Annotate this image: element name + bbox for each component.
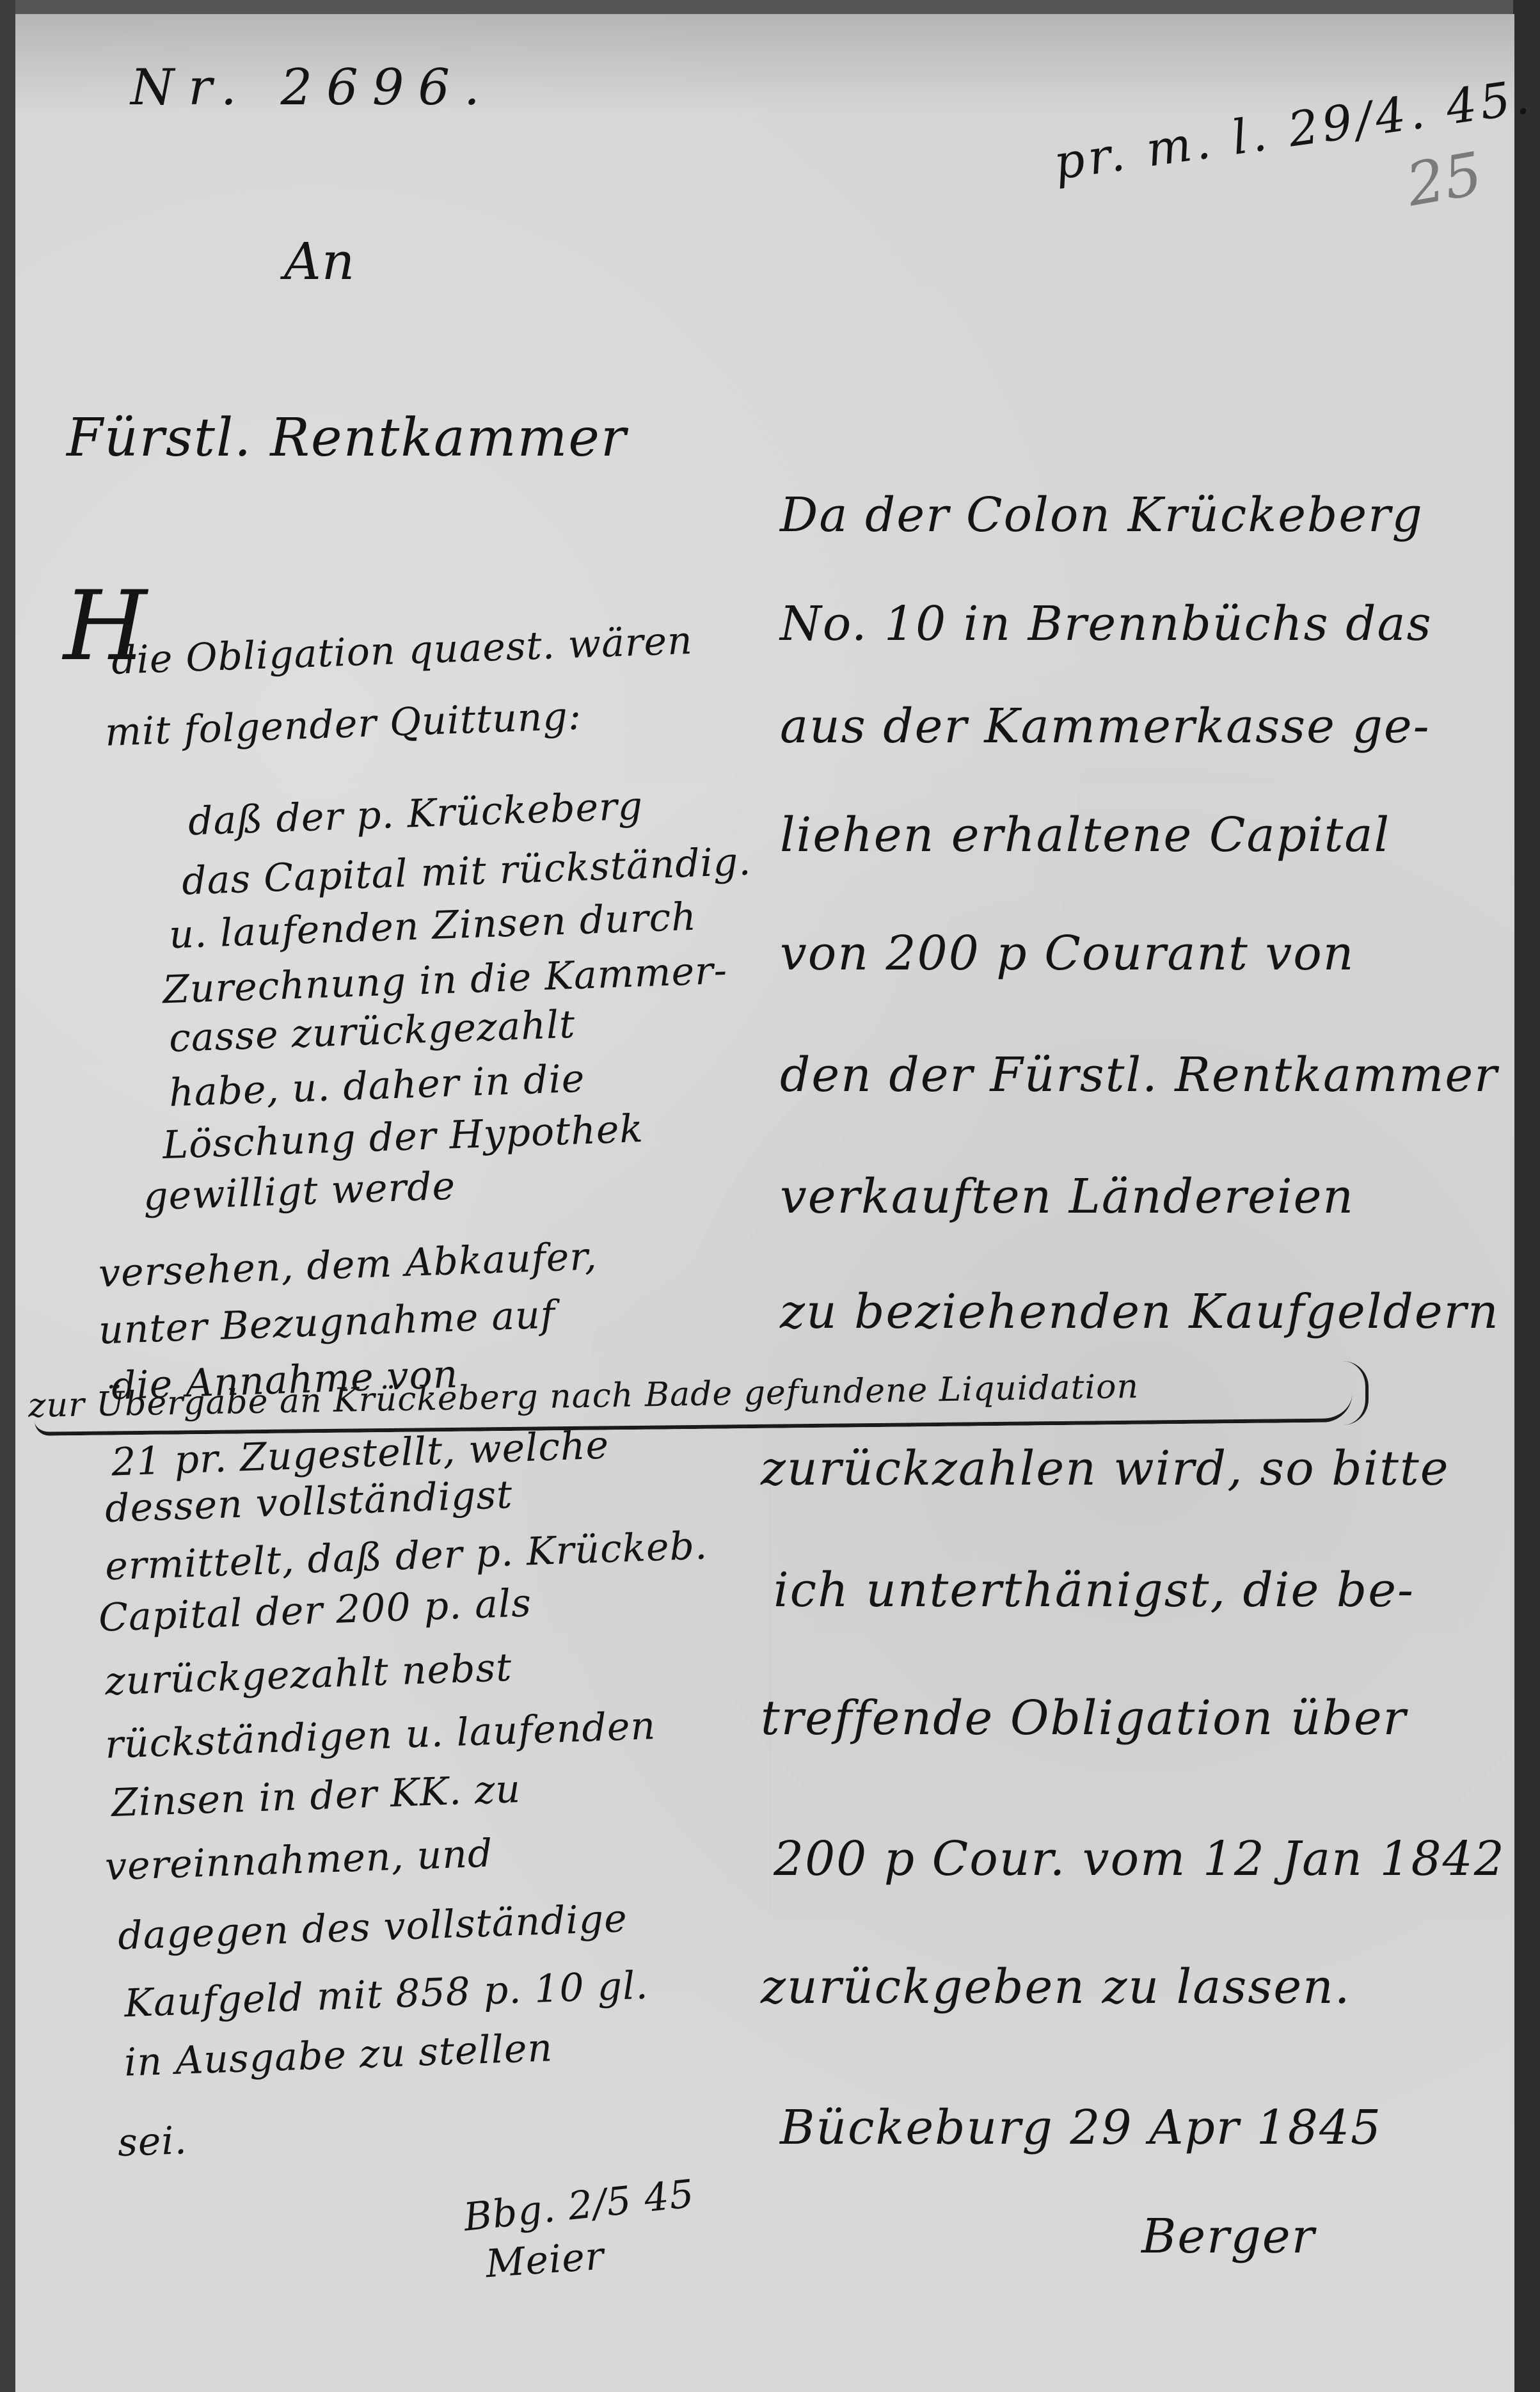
left-line: in Ausgabe zu stellen: [123, 2025, 553, 2085]
letter-line: No. 10 in Brennbüchs das: [780, 596, 1433, 651]
resolution-date-sign: Bbg. 2/5 45: [461, 2171, 696, 2240]
letter-line: Da der Colon Krückeberg: [780, 488, 1424, 543]
letter-line: treffende Obligation über: [761, 1691, 1407, 1746]
scan-frame-right: [1513, 0, 1540, 2392]
letter-line: den der Fürstl. Rentkammer: [780, 1048, 1498, 1103]
addressee-office: Fürstl. Rentkammer: [67, 408, 627, 468]
left-line: Zinsen in der KK. zu: [111, 1767, 521, 1826]
left-line: das Capital mit rückständig.: [181, 839, 752, 904]
letter-place-date: Bückeburg 29 Apr 1845: [780, 2100, 1382, 2155]
letter-line: liehen erhaltene Capital: [780, 808, 1390, 863]
left-line: vereinnahmen, und: [104, 1831, 493, 1889]
left-line: ermittelt, daß der p. Krückeb.: [104, 1524, 708, 1590]
resolution-paraph: Meier: [484, 2234, 606, 2287]
paper-fold-shadow: [770, 1460, 771, 1908]
letter-line: zu beziehenden Kaufgeldern: [780, 1284, 1500, 1339]
document-page: Nr. 2696. pr. m. l. 29/4. 45. 25 An Fürs…: [15, 14, 1514, 2392]
letter-line: aus der Kammerkasse ge-: [780, 699, 1431, 754]
letter-line: verkauften Ländereien: [780, 1169, 1354, 1224]
left-line: rückständigen u. laufenden: [104, 1703, 656, 1767]
left-line: Zurechnung in die Kammer-: [162, 948, 728, 1013]
scan-frame-top: [0, 0, 1540, 14]
document-number: Nr. 2696.: [131, 59, 494, 116]
letter-line: zurückzahlen wird, so bitte: [761, 1441, 1450, 1496]
left-line: dagegen des vollständige: [117, 1896, 628, 1959]
left-line: Capital der 200 p. als: [98, 1581, 532, 1641]
letter-signature: Berger: [1141, 2209, 1315, 2264]
left-line: mit folgender Quittung:: [104, 694, 582, 755]
letter-line: ich unterthänigst, die be-: [774, 1563, 1415, 1618]
letter-line: zurückgeben zu lassen.: [761, 1959, 1351, 2014]
left-line: zurückgezahlt nebst: [104, 1645, 512, 1704]
left-line: u. laufenden Zinsen durch: [168, 895, 697, 958]
left-line: gewilligt werde: [143, 1164, 456, 1220]
left-line: die Obligation quaest. wären: [111, 618, 694, 683]
folio-number-pencil: 25: [1402, 140, 1488, 220]
left-line: daß der p. Krückeberg: [187, 784, 644, 845]
left-line: casse zurückgezahlt: [168, 1002, 576, 1061]
left-line: Kaufgeld mit 858 p. 10 gl.: [123, 1963, 649, 2027]
letter-line: 200 p Cour. vom 12 Jan 1842: [774, 1831, 1505, 1886]
left-line: Löschung der Hypothek: [162, 1106, 644, 1168]
letter-line: von 200 p Courant von: [780, 926, 1354, 981]
scan-frame-left: [0, 0, 15, 2392]
insertion-bracket-end: [1340, 1361, 1369, 1425]
left-line: unter Bezugnahme auf: [98, 1293, 556, 1353]
left-line: sei.: [117, 2118, 188, 2165]
left-line: habe, u. daher in die: [168, 1056, 585, 1116]
left-line: versehen, dem Abkaufer,: [98, 1234, 598, 1296]
addressee-prefix: An: [284, 232, 355, 291]
